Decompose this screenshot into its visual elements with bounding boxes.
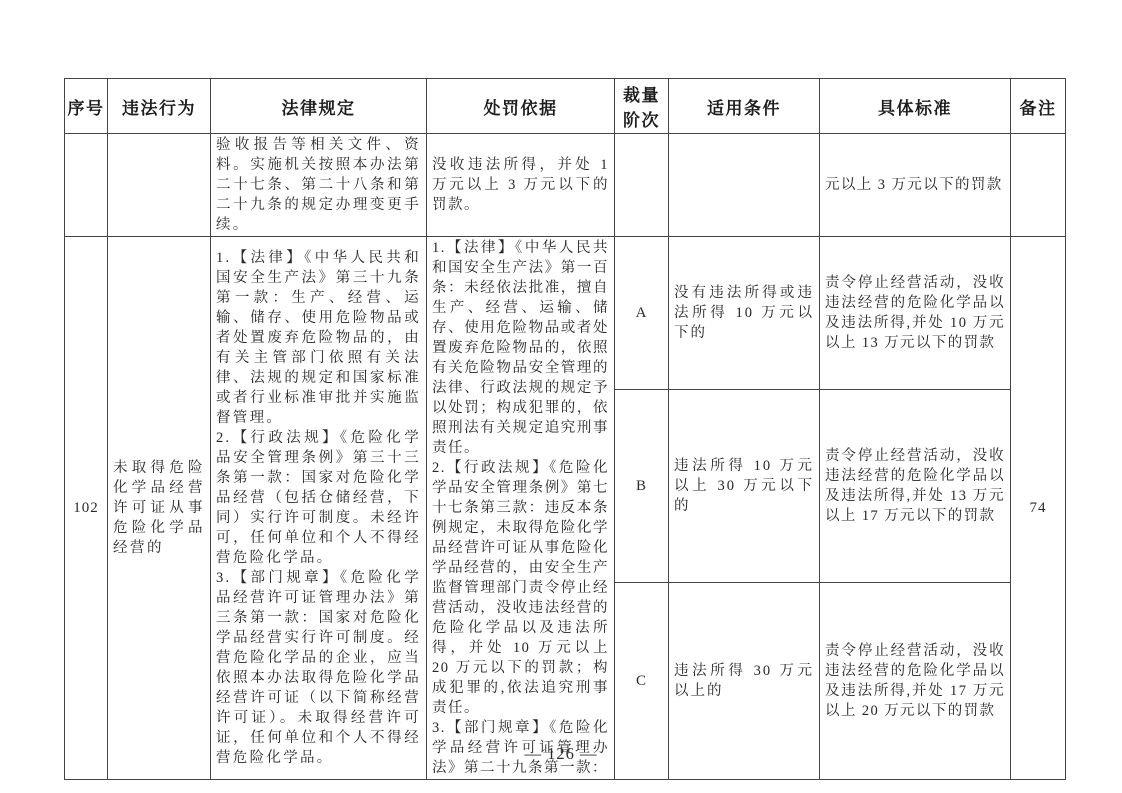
tier-a-standard: 责令停止经营活动，没收违法经营的危险化学品以及违法所得,并处 10 万元以上 1… <box>820 237 1011 390</box>
document-page: { "page": { "footer_page_number": "— 126… <box>0 0 1122 793</box>
column-header-applicable-condition: 适用条件 <box>669 79 820 134</box>
column-header-serial: 序号 <box>65 79 108 134</box>
column-header-penalty-basis: 处罚依据 <box>427 79 615 134</box>
illegal-act: 未取得危险化学品经营许可证从事危险化学品经营的 <box>108 237 211 780</box>
legal-provision: 1.【法律】《中华人民共和国安全生产法》第三十九条第一款：生产、经营、运输、储存… <box>211 237 427 780</box>
penalty-standards-table: 序号 违法行为 法律规定 处罚依据 裁量阶次 适用条件 具体标准 备注 验收报告… <box>64 78 1066 780</box>
page-number-footer: — 126 — <box>0 744 1122 764</box>
continuation-row: 验收报告等相关文件、资料。实施机关按照本办法第二十七条、第二十八条和第二十九条的… <box>65 134 1066 237</box>
tier-b-condition: 违法所得 10 万元以上 30 万元以下的 <box>669 390 820 583</box>
remark: 74 <box>1011 237 1066 780</box>
continuation-penalty-basis: 没收违法所得，并处 1 万元以上 3 万元以下的罚款。 <box>427 134 615 237</box>
tier-b-standard: 责令停止经营活动，没收违法经营的危险化学品以及违法所得,并处 13 万元以上 1… <box>820 390 1011 583</box>
continuation-specific-standard: 元以上 3 万元以下的罚款 <box>820 134 1011 237</box>
penalty-basis: 1.【法律】《中华人民共和国安全生产法》第一百条：未经依法批准，擅自生产、经营、… <box>427 237 615 780</box>
column-header-illegal-act: 违法行为 <box>108 79 211 134</box>
tier-a-condition: 没有违法所得或违法所得 10 万元以下的 <box>669 237 820 390</box>
continuation-serial-cell <box>65 134 108 237</box>
continuation-legal-provision: 验收报告等相关文件、资料。实施机关按照本办法第二十七条、第二十八条和第二十九条的… <box>211 134 427 237</box>
continuation-tier-cell <box>615 134 669 237</box>
continuation-condition-cell <box>669 134 820 237</box>
tier-b-level: B <box>615 390 669 583</box>
continuation-remark-cell <box>1011 134 1066 237</box>
column-header-discretion-tier: 裁量阶次 <box>615 79 669 134</box>
column-header-remark: 备注 <box>1011 79 1066 134</box>
tier-a-level: A <box>615 237 669 390</box>
column-header-legal-provision: 法律规定 <box>211 79 427 134</box>
serial-number: 102 <box>65 237 108 780</box>
row-102-tier-a: 102 未取得危险化学品经营许可证从事危险化学品经营的 1.【法律】《中华人民共… <box>65 237 1066 390</box>
continuation-illegal-act-cell <box>108 134 211 237</box>
table-header-row: 序号 违法行为 法律规定 处罚依据 裁量阶次 适用条件 具体标准 备注 <box>65 79 1066 134</box>
column-header-specific-standard: 具体标准 <box>820 79 1011 134</box>
